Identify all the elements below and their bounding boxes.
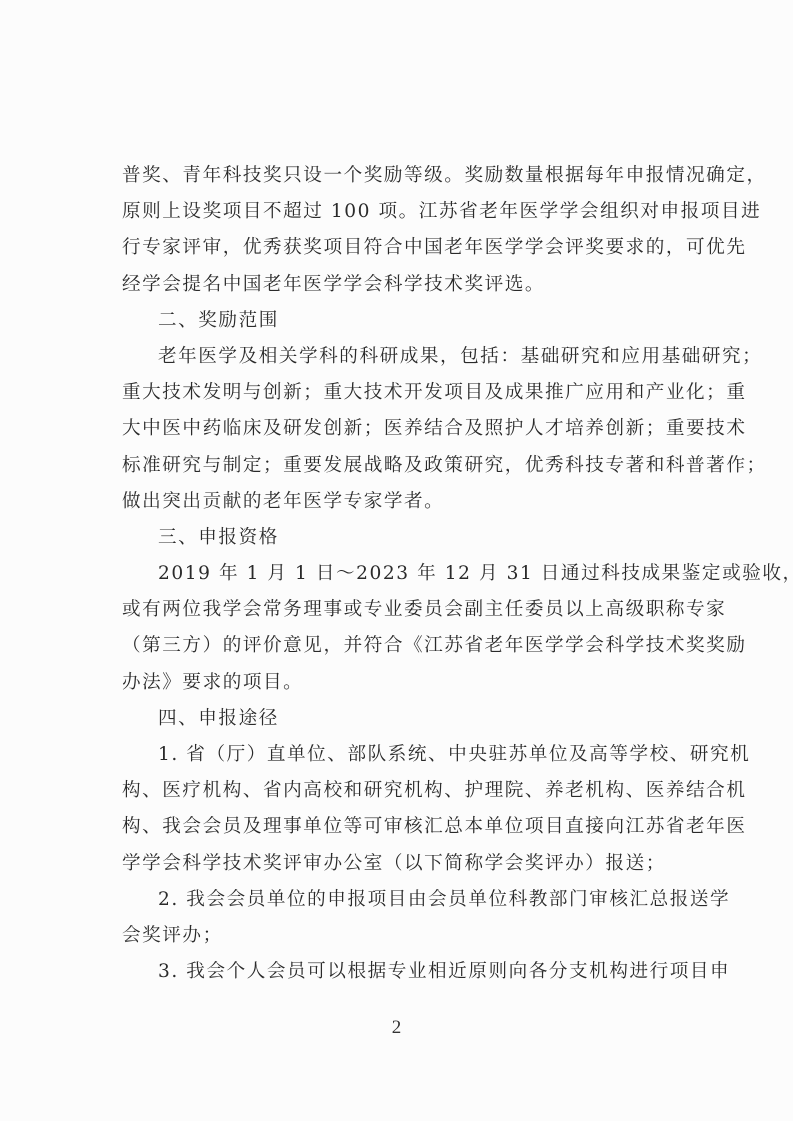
paragraph-line: 学学会科学技术奖评审办公室（以下简称学会奖评办）报送； bbox=[122, 846, 682, 882]
section-heading-application-channels: 四、申报途径 bbox=[122, 701, 682, 737]
paragraph-line: 老年医学及相关学科的科研成果，包括：基础研究和应用基础研究； bbox=[122, 339, 682, 375]
paragraph-line: 构、医疗机构、省内高校和研究机构、护理院、养老机构、医养结合机 bbox=[122, 773, 682, 809]
paragraph-line: 做出突出贡献的老年医学专家学者。 bbox=[122, 484, 682, 520]
paragraph-line: 原则上设奖项目不超过 100 项。江苏省老年医学学会组织对申报项目进 bbox=[122, 194, 682, 230]
paragraph-line: 办法》要求的项目。 bbox=[122, 665, 682, 701]
document-body: 普奖、青年科技奖只设一个奖励等级。奖励数量根据每年申报情况确定， 原则上设奖项目… bbox=[122, 158, 682, 990]
document-page: 普奖、青年科技奖只设一个奖励等级。奖励数量根据每年申报情况确定， 原则上设奖项目… bbox=[0, 0, 793, 1121]
paragraph-line: 行专家评审，优秀获奖项目符合中国老年医学学会评奖要求的，可优先 bbox=[122, 230, 682, 266]
paragraph-line: （第三方）的评价意见，并符合《江苏省老年医学学会科学技术奖奖励 bbox=[122, 628, 682, 664]
paragraph-line: 标准研究与制定；重要发展战略及政策研究，优秀科技专著和科普著作； bbox=[122, 448, 682, 484]
section-heading-award-scope: 二、奖励范围 bbox=[122, 303, 682, 339]
paragraph-line: 或有两位我学会常务理事或专业委员会副主任委员以上高级职称专家 bbox=[122, 592, 682, 628]
paragraph-line: 大中医中药临床及研发创新；医养结合及照护人才培养创新；重要技术 bbox=[122, 411, 682, 447]
paragraph-line: 会奖评办； bbox=[122, 918, 682, 954]
paragraph-line: 普奖、青年科技奖只设一个奖励等级。奖励数量根据每年申报情况确定， bbox=[122, 158, 682, 194]
paragraph-line: 2019 年 1 月 1 日～2023 年 12 月 31 日通过科技成果鉴定或… bbox=[122, 556, 682, 592]
page-number: 2 bbox=[0, 1017, 793, 1039]
paragraph-line: 经学会提名中国老年医学学会科学技术奖评选。 bbox=[122, 267, 682, 303]
list-item-2: 2. 我会会员单位的申报项目由会员单位科教部门审核汇总报送学 bbox=[122, 882, 682, 918]
list-item-1: 1. 省（厅）直单位、部队系统、中央驻苏单位及高等学校、研究机 bbox=[122, 737, 682, 773]
paragraph-line: 重大技术发明与创新；重大技术开发项目及成果推广应用和产业化；重 bbox=[122, 375, 682, 411]
paragraph-line: 构、我会会员及理事单位等可审核汇总本单位项目直接向江苏省老年医 bbox=[122, 809, 682, 845]
list-item-3: 3. 我会个人会员可以根据专业相近原则向各分支机构进行项目申 bbox=[122, 954, 682, 990]
section-heading-eligibility: 三、申报资格 bbox=[122, 520, 682, 556]
